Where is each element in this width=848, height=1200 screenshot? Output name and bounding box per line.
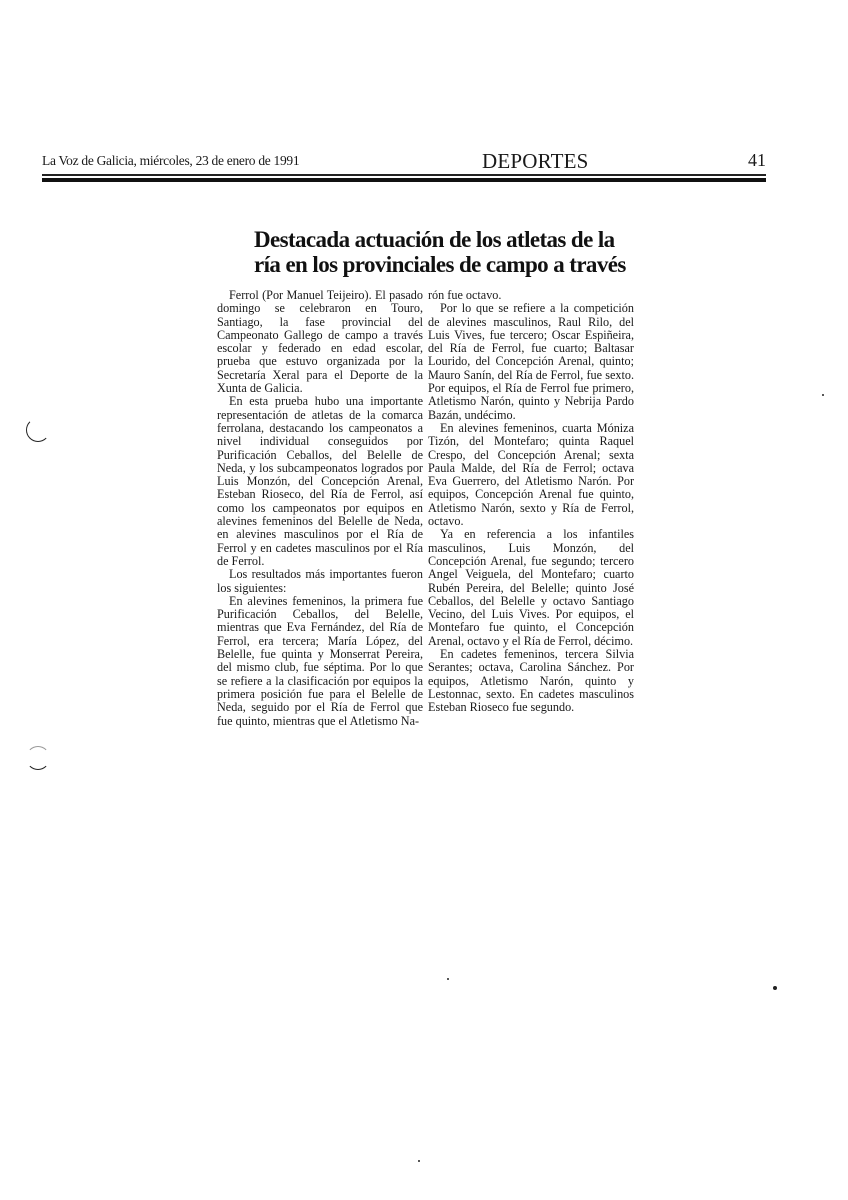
article-column-1: Ferrol (Por Manuel Teijeiro). El pasado …: [217, 289, 423, 728]
paragraph: Ferrol (Por Manuel Teijeiro). El pasado …: [217, 289, 423, 395]
punch-hole-mark: [26, 418, 50, 442]
header-rule-thick: [42, 178, 766, 182]
paragraph: En alevines femeninos, cuarta Móniza Tiz…: [428, 422, 634, 528]
punch-hole-mark: [26, 746, 50, 770]
paragraph: En cadetes femeninos, tercera Silvia Ser…: [428, 648, 634, 714]
scan-speck: [822, 394, 824, 396]
paragraph: Por lo que se refiere a la competición d…: [428, 302, 634, 422]
paragraph: rón fue octavo.: [428, 289, 634, 302]
header-rule-thin: [42, 174, 766, 176]
masthead: La Voz de Galicia, miércoles, 23 de ener…: [42, 150, 766, 180]
scan-speck: [447, 978, 449, 980]
scan-speck: [418, 1160, 420, 1162]
section-title: DEPORTES: [482, 149, 589, 174]
article-column-2: rón fue octavo. Por lo que se refiere a …: [428, 289, 634, 715]
paragraph: Ya en referencia a los infantiles mascul…: [428, 528, 634, 648]
article-headline: Destacada actuación de los atletas de la…: [254, 227, 634, 277]
paragraph: En alevines femeninos, la primera fue Pu…: [217, 595, 423, 728]
publication-date: La Voz de Galicia, miércoles, 23 de ener…: [42, 153, 299, 169]
page-number: 41: [748, 150, 766, 171]
paragraph: En esta prueba hubo una importante repre…: [217, 395, 423, 568]
paragraph: Los resultados más importantes fueron lo…: [217, 568, 423, 595]
scan-speck: [773, 986, 777, 990]
